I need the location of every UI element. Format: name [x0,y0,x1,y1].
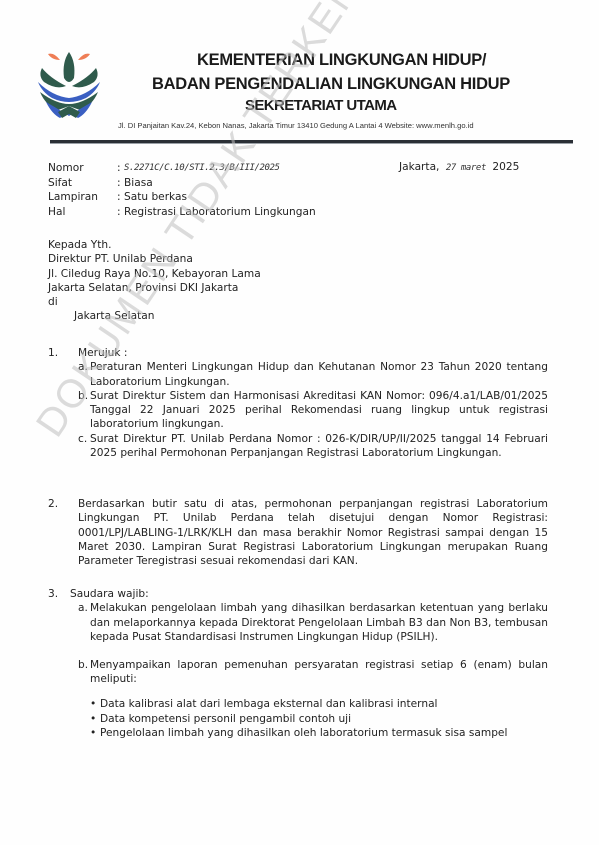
bullet-item: Data kompetensi personil pengambil conto… [90,712,548,726]
meta-label: Sifat [48,176,117,191]
header-secretariat: SEKRETARIAT UTAMA [245,97,396,114]
recipient-block: Kepada Yth. Direktur PT. Unilab Perdana … [48,238,261,324]
ministry-logo-icon [36,48,102,120]
meta-value: Satu berkas [124,190,187,205]
meta-sep: : [117,190,124,205]
meta-sep: : [117,205,124,220]
meta-value: Registrasi Laboratorium Lingkungan [124,205,316,220]
date-place: Jakarta, [399,161,439,173]
bullet-list: Data kalibrasi alat dari lembaga ekstern… [90,697,548,740]
letter-meta: Nomor : S.2271C/C.10/STI.2.3/B/III/2025 … [48,161,316,219]
meta-label: Lampiran [48,190,117,205]
header-divider [50,140,573,143]
meta-label: Nomor [48,161,117,176]
recipient-line: Jl. Ciledug Raya No.10, Kebayoran Lama [48,267,261,281]
recipient-line: di [48,295,261,309]
paragraph-number: 1. [48,346,58,360]
sub-item-text: Peraturan Menteri Lingkungan Hidup dan K… [90,360,548,389]
sub-item-a: a. Melakukan pengelolaan limbah yang dih… [78,601,548,644]
recipient-city: Jakarta Selatan [48,309,261,323]
paragraph-2: 2. Berdasarkan butir satu di atas, permo… [48,497,548,568]
sub-item-text: Melakukan pengelolaan limbah yang dihasi… [90,601,548,644]
paragraph-1: 1. Merujuk : a. Peraturan Menteri Lingku… [48,346,548,460]
recipient-line: Jakarta Selatan, Provinsi DKI Jakarta [48,281,261,295]
sub-item-text: Surat Direktur Sistem dan Harmonisasi Ak… [90,389,548,432]
paragraph-number: 3. [48,587,58,601]
recipient-line: Direktur PT. Unilab Perdana [48,252,261,266]
sub-item-label: c. [78,432,87,446]
meta-value: Biasa [124,176,153,191]
bullet-item: Data kalibrasi alat dari lembaga ekstern… [90,697,548,711]
meta-sep: : [117,161,124,176]
meta-row-lampiran: Lampiran : Satu berkas [48,190,316,205]
date-handwritten: 27 maret [446,163,486,173]
letter-page: KEMENTERIAN LINGKUNGAN HIDUP/ BADAN PENG… [0,0,599,845]
sub-item-label: a. [78,601,88,615]
paragraph-3: 3. Saudara wajib: a. Melakukan pengelola… [48,587,548,751]
sub-item-label: b. [78,389,88,403]
letter-number: S.2271C/C.10/STI.2.3/B/III/2025 [124,161,280,176]
header-ministry-name: KEMENTERIAN LINGKUNGAN HIDUP/ [197,51,486,70]
meta-row-nomor: Nomor : S.2271C/C.10/STI.2.3/B/III/2025 [48,161,316,176]
header-agency-name: BADAN PENGENDALIAN LINGKUNGAN HIDUP [152,75,510,94]
sub-item-c: c. Surat Direktur PT. Unilab Perdana Nom… [78,432,548,461]
letter-date: Jakarta, 27 maret 2025 [399,161,519,173]
header-address: Jl. DI Panjaitan Kav.24, Kebon Nanas, Ja… [118,121,474,130]
sub-item-text: Menyampaikan laporan pemenuhan persyarat… [90,658,548,687]
paragraph-number: 2. [48,497,58,511]
sub-item-a: a. Peraturan Menteri Lingkungan Hidup da… [78,360,548,389]
meta-label: Hal [48,205,117,220]
sub-item-label: a. [78,360,88,374]
paragraph-title: Merujuk : [78,346,548,360]
paragraph-text: Berdasarkan butir satu di atas, permohon… [78,497,548,568]
meta-sep: : [117,176,124,191]
bullet-item: Pengelolaan limbah yang dihasilkan oleh … [90,726,548,740]
sub-item-b: b. Surat Direktur Sistem dan Harmonisasi… [78,389,548,432]
paragraph-title: Saudara wajib: [70,587,548,601]
meta-row-hal: Hal : Registrasi Laboratorium Lingkungan [48,205,316,220]
meta-row-sifat: Sifat : Biasa [48,176,316,191]
recipient-line: Kepada Yth. [48,238,261,252]
sub-item-text: Surat Direktur PT. Unilab Perdana Nomor … [90,432,548,461]
sub-item-label: b. [78,658,88,672]
sub-item-b: b. Menyampaikan laporan pemenuhan persya… [78,658,548,740]
date-year: 2025 [492,161,519,173]
